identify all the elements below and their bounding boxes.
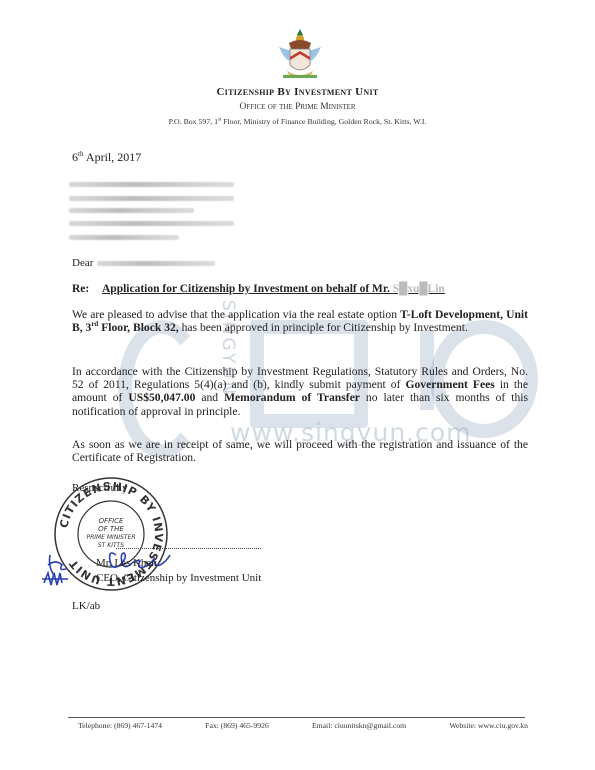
footer-divider [68, 717, 525, 718]
redacted-recipient-line [69, 182, 234, 187]
footer-email[interactable]: Email: ciuunitskn@gmail.com [312, 721, 406, 730]
footer-contact: Telephone: (869) 467-1474 Fax: (869) 465… [78, 721, 528, 730]
footer-fax: Fax: (869) 465-9926 [205, 721, 269, 730]
org-title: Citizenship By Investment Unit [0, 86, 595, 98]
org-address: P.O. Box 597, 1st Floor, Ministry of Fin… [0, 117, 595, 126]
letter-date: 6th April, 2017 [72, 150, 141, 165]
signatory-name: Mr. Les Khan [96, 557, 157, 569]
body-paragraph-next-steps: As soon as we are in receipt of same, we… [72, 438, 528, 464]
subject-label: Re: [72, 283, 89, 295]
redacted-recipient-line [69, 208, 194, 213]
reference-initials: LK/ab [72, 600, 100, 612]
salutation: Dear [72, 257, 93, 269]
signatory-title: CEO, Citizenship by Investment Unit [96, 572, 261, 584]
office-name: Office of the Prime Minister [0, 102, 595, 112]
body-paragraph-payment: In accordance with the Citizenship by In… [72, 365, 528, 418]
redacted-recipient-line [69, 196, 234, 201]
footer-telephone: Telephone: (869) 467-1474 [78, 721, 162, 730]
redacted-salutation-name [97, 261, 215, 266]
redacted-recipient-line [69, 221, 234, 226]
footer-website[interactable]: Website: www.ciu.gov.kn [449, 721, 528, 730]
redacted-recipient-line [69, 235, 179, 240]
fee-amount: US$50,047.00 [128, 391, 195, 404]
coat-of-arms-icon [275, 27, 325, 85]
subject-line: Application for Citizenship by Investmen… [102, 283, 445, 295]
redacted-applicant-name: S█xu█Lin [393, 283, 445, 295]
body-paragraph-approval: We are pleased to advise that the applic… [72, 308, 528, 334]
